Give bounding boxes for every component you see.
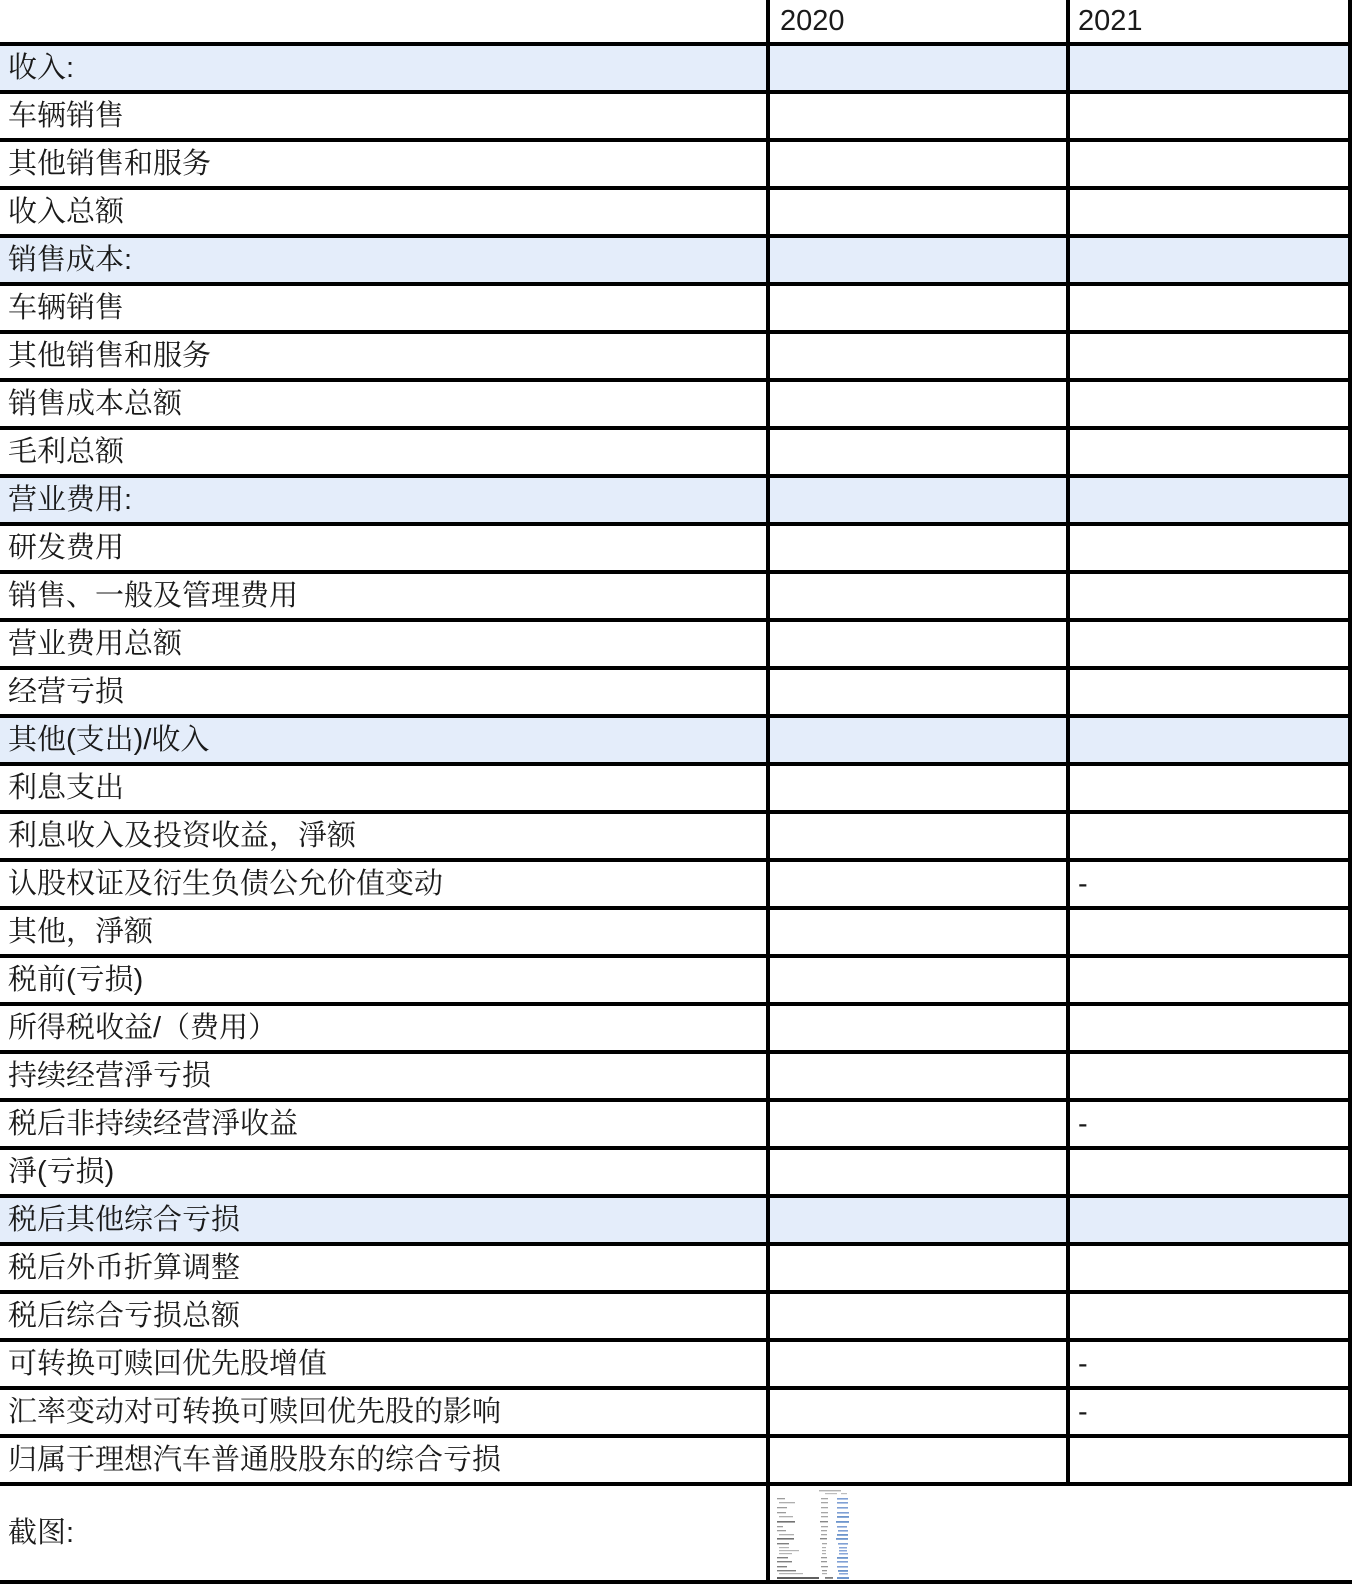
row-label: 营业费用总额 xyxy=(0,622,766,666)
value-cell-2021[interactable] xyxy=(1066,958,1352,1002)
value-cell-2020[interactable] xyxy=(766,1390,1066,1434)
row-label: 汇率变动对可转换可赎回优先股的影响 xyxy=(0,1390,766,1434)
row-label: 税前(亏损) xyxy=(0,958,766,1002)
table-row: 其他(支出)/收入 xyxy=(0,718,1352,766)
header-year-2020: 2020 xyxy=(766,0,1066,42)
value-cell-2020[interactable] xyxy=(766,814,1066,858)
value-cell-2020[interactable] xyxy=(766,1198,1066,1242)
table-row: 研发费用 xyxy=(0,526,1352,574)
value-cell-2020[interactable] xyxy=(766,1438,1066,1482)
screenshot-row: 截图: xyxy=(0,1486,1352,1584)
row-label: 利息支出 xyxy=(0,766,766,810)
table-row: 汇率变动对可转换可赎回优先股的影响 - xyxy=(0,1390,1352,1438)
header-empty-cell xyxy=(0,0,766,42)
value-cell-2021[interactable] xyxy=(1066,574,1352,618)
table-body: 收入: 车辆销售 其他销售和服务 收入总额 销售成本: 车辆销售 其他销售和服务… xyxy=(0,46,1352,1486)
financial-table: 2020 2021 收入: 车辆销售 其他销售和服务 收入总额 销售成本: 车辆… xyxy=(0,0,1352,1584)
row-label: 销售成本总额 xyxy=(0,382,766,426)
row-label: 销售成本: xyxy=(0,238,766,282)
table-row: 车辆销售 xyxy=(0,94,1352,142)
table-row: 税后其他综合亏损 xyxy=(0,1198,1352,1246)
column-divider xyxy=(766,1486,770,1584)
value-cell-2021[interactable]: - xyxy=(1066,862,1352,906)
table-row: 经营亏损 xyxy=(0,670,1352,718)
table-row: 其他，淨额 xyxy=(0,910,1352,958)
row-label: 其他销售和服务 xyxy=(0,334,766,378)
value-cell-2021[interactable] xyxy=(1066,94,1352,138)
value-cell-2021[interactable] xyxy=(1066,190,1352,234)
row-label: 营业费用: xyxy=(0,478,766,522)
table-row: 其他销售和服务 xyxy=(0,142,1352,190)
value-cell-2020[interactable] xyxy=(766,286,1066,330)
value-cell-2021[interactable] xyxy=(1066,1246,1352,1290)
row-label: 可转换可赎回优先股增值 xyxy=(0,1342,766,1386)
value-cell-2021[interactable] xyxy=(1066,1006,1352,1050)
row-label: 车辆销售 xyxy=(0,286,766,330)
value-cell-2021[interactable] xyxy=(1066,238,1352,282)
table-row: 营业费用总额 xyxy=(0,622,1352,670)
value-cell-2021[interactable] xyxy=(1066,430,1352,474)
value-cell-2020[interactable] xyxy=(766,190,1066,234)
value-cell-2020[interactable] xyxy=(766,478,1066,522)
row-label: 毛利总额 xyxy=(0,430,766,474)
row-label: 税后其他综合亏损 xyxy=(0,1198,766,1242)
value-cell-2020[interactable] xyxy=(766,622,1066,666)
row-label: 经营亏损 xyxy=(0,670,766,714)
value-cell-2020[interactable] xyxy=(766,46,1066,90)
row-label: 销售、一般及管理费用 xyxy=(0,574,766,618)
table-row: 车辆销售 xyxy=(0,286,1352,334)
row-label: 税后综合亏损总额 xyxy=(0,1294,766,1338)
row-label: 淨(亏损) xyxy=(0,1150,766,1194)
table-row: 销售成本: xyxy=(0,238,1352,286)
table-row: 可转换可赎回优先股增值 - xyxy=(0,1342,1352,1390)
row-label: 收入: xyxy=(0,46,766,90)
table-row: 收入: xyxy=(0,46,1352,94)
value-cell-2020[interactable] xyxy=(766,94,1066,138)
table-row: 营业费用: xyxy=(0,478,1352,526)
value-cell-2021[interactable] xyxy=(1066,526,1352,570)
row-label: 收入总额 xyxy=(0,190,766,234)
row-label: 持续经营淨亏损 xyxy=(0,1054,766,1098)
row-label: 所得税收益/（费用） xyxy=(0,1006,766,1050)
table-header-row: 2020 2021 xyxy=(0,0,1352,46)
value-cell-2021[interactable] xyxy=(1066,1438,1352,1482)
value-cell-2021[interactable] xyxy=(1066,622,1352,666)
value-cell-2021[interactable] xyxy=(1066,334,1352,378)
financial-statement-thumbnail-image[interactable] xyxy=(775,1488,851,1580)
row-label: 税后外币折算调整 xyxy=(0,1246,766,1290)
table-row: 毛利总额 xyxy=(0,430,1352,478)
table-row: 其他销售和服务 xyxy=(0,334,1352,382)
table-row: 归属于理想汽车普通股股东的综合亏损 xyxy=(0,1438,1352,1486)
value-cell-2020[interactable] xyxy=(766,1294,1066,1338)
value-cell-2021[interactable] xyxy=(1066,1198,1352,1242)
value-cell-2020[interactable] xyxy=(766,142,1066,186)
value-cell-2021[interactable] xyxy=(1066,1294,1352,1338)
value-cell-2020[interactable] xyxy=(766,526,1066,570)
table-row: 所得税收益/（费用） xyxy=(0,1006,1352,1054)
value-cell-2020[interactable] xyxy=(766,430,1066,474)
value-cell-2021[interactable] xyxy=(1066,814,1352,858)
table-row: 收入总额 xyxy=(0,190,1352,238)
value-cell-2020[interactable] xyxy=(766,1342,1066,1386)
value-cell-2020[interactable] xyxy=(766,1054,1066,1098)
row-label: 车辆销售 xyxy=(0,94,766,138)
table-row: 销售成本总额 xyxy=(0,382,1352,430)
value-cell-2020[interactable] xyxy=(766,910,1066,954)
row-label: 认股权证及衍生负债公允价值变动 xyxy=(0,862,766,906)
value-cell-2021[interactable]: - xyxy=(1066,1390,1352,1434)
table-row: 利息收入及投资收益，淨额 xyxy=(0,814,1352,862)
value-cell-2020[interactable] xyxy=(766,862,1066,906)
value-cell-2021[interactable] xyxy=(1066,286,1352,330)
value-cell-2020[interactable] xyxy=(766,1006,1066,1050)
value-cell-2021[interactable] xyxy=(1066,670,1352,714)
value-cell-2020[interactable] xyxy=(766,718,1066,762)
table-row: 利息支出 xyxy=(0,766,1352,814)
table-row: 税后非持续经营淨收益 - xyxy=(0,1102,1352,1150)
row-label: 其他销售和服务 xyxy=(0,142,766,186)
value-cell-2020[interactable] xyxy=(766,382,1066,426)
value-cell-2021[interactable] xyxy=(1066,766,1352,810)
value-cell-2021[interactable] xyxy=(1066,1054,1352,1098)
header-year-2021: 2021 xyxy=(1066,0,1352,42)
table-row: 持续经营淨亏损 xyxy=(0,1054,1352,1102)
value-cell-2020[interactable] xyxy=(766,574,1066,618)
table-row: 税前(亏损) xyxy=(0,958,1352,1006)
table-row: 淨(亏损) xyxy=(0,1150,1352,1198)
value-cell-2021[interactable] xyxy=(1066,478,1352,522)
value-cell-2021[interactable] xyxy=(1066,46,1352,90)
row-label: 其他，淨额 xyxy=(0,910,766,954)
value-cell-2021[interactable] xyxy=(1066,1150,1352,1194)
value-cell-2020[interactable] xyxy=(766,958,1066,1002)
table-row: 认股权证及衍生负债公允价值变动 - xyxy=(0,862,1352,910)
row-label: 税后非持续经营淨收益 xyxy=(0,1102,766,1146)
table-row: 税后综合亏损总额 xyxy=(0,1294,1352,1342)
value-cell-2020[interactable] xyxy=(766,334,1066,378)
value-cell-2021[interactable] xyxy=(1066,382,1352,426)
row-label: 其他(支出)/收入 xyxy=(0,718,766,762)
value-cell-2020[interactable] xyxy=(766,1150,1066,1194)
table-row: 税后外币折算调整 xyxy=(0,1246,1352,1294)
screenshot-label: 截图: xyxy=(0,1519,74,1548)
value-cell-2020[interactable] xyxy=(766,766,1066,810)
table-row: 销售、一般及管理费用 xyxy=(0,574,1352,622)
row-label: 研发费用 xyxy=(0,526,766,570)
value-cell-2020[interactable] xyxy=(766,1246,1066,1290)
row-label: 归属于理想汽车普通股股东的综合亏损 xyxy=(0,1438,766,1482)
value-cell-2021[interactable] xyxy=(1066,142,1352,186)
value-cell-2021[interactable]: - xyxy=(1066,1342,1352,1386)
value-cell-2020[interactable] xyxy=(766,1102,1066,1146)
value-cell-2021[interactable] xyxy=(1066,718,1352,762)
row-label: 利息收入及投资收益，淨额 xyxy=(0,814,766,858)
value-cell-2021[interactable] xyxy=(1066,910,1352,954)
value-cell-2020[interactable] xyxy=(766,670,1066,714)
value-cell-2021[interactable]: - xyxy=(1066,1102,1352,1146)
value-cell-2020[interactable] xyxy=(766,238,1066,282)
